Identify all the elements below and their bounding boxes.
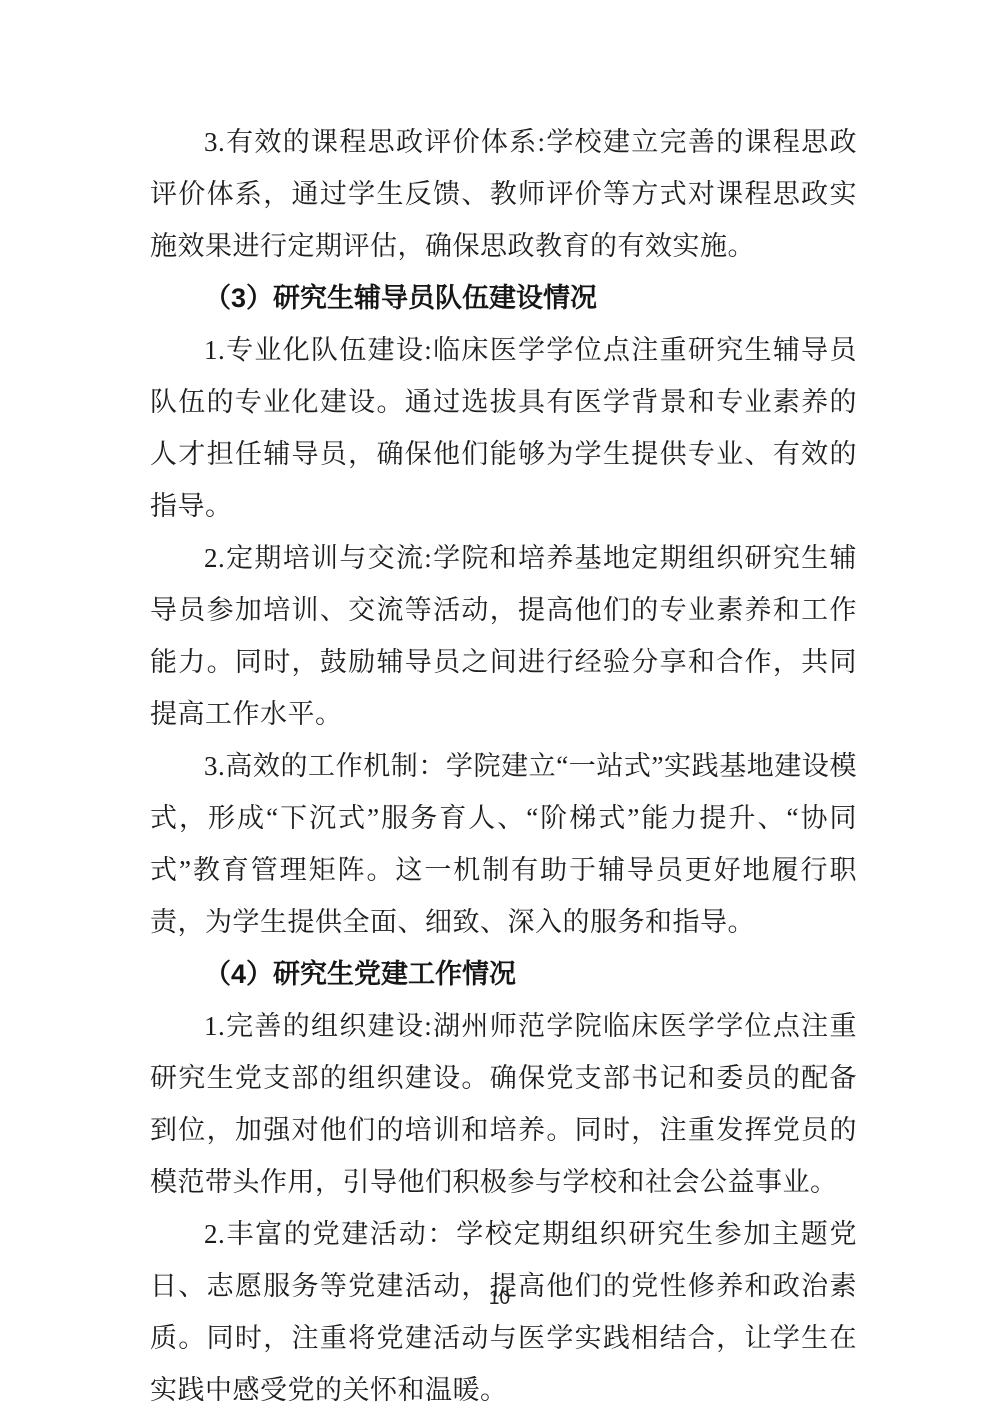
paragraph-professional-team-building: 1.专业化队伍建设:临床医学学位点注重研究生辅导员队伍的专业化建设。通过选拔具有…: [150, 324, 857, 532]
page-number: 10: [0, 1286, 999, 1312]
section-heading-party-building: （4）研究生党建工作情况: [150, 948, 857, 1000]
paragraph-efficient-work-mechanism: 3.高效的工作机制：学院建立“一站式”实践基地建设模式，形成“下沉式”服务育人、…: [150, 740, 857, 948]
paragraph-regular-training-exchange: 2.定期培训与交流:学院和培养基地定期组织研究生辅导员参加培训、交流等活动，提高…: [150, 532, 857, 740]
paragraph-course-ideology-evaluation: 3.有效的课程思政评价体系:学校建立完善的课程思政评价体系，通过学生反馈、教师评…: [150, 116, 857, 272]
document-page: 3.有效的课程思政评价体系:学校建立完善的课程思政评价体系，通过学生反馈、教师评…: [0, 0, 999, 1414]
page-content: 3.有效的课程思政评价体系:学校建立完善的课程思政评价体系，通过学生反馈、教师评…: [150, 116, 857, 1414]
section-heading-counselor-team: （3）研究生辅导员队伍建设情况: [150, 272, 857, 324]
paragraph-organization-building: 1.完善的组织建设:湖州师范学院临床医学学位点注重研究生党支部的组织建设。确保党…: [150, 1000, 857, 1208]
